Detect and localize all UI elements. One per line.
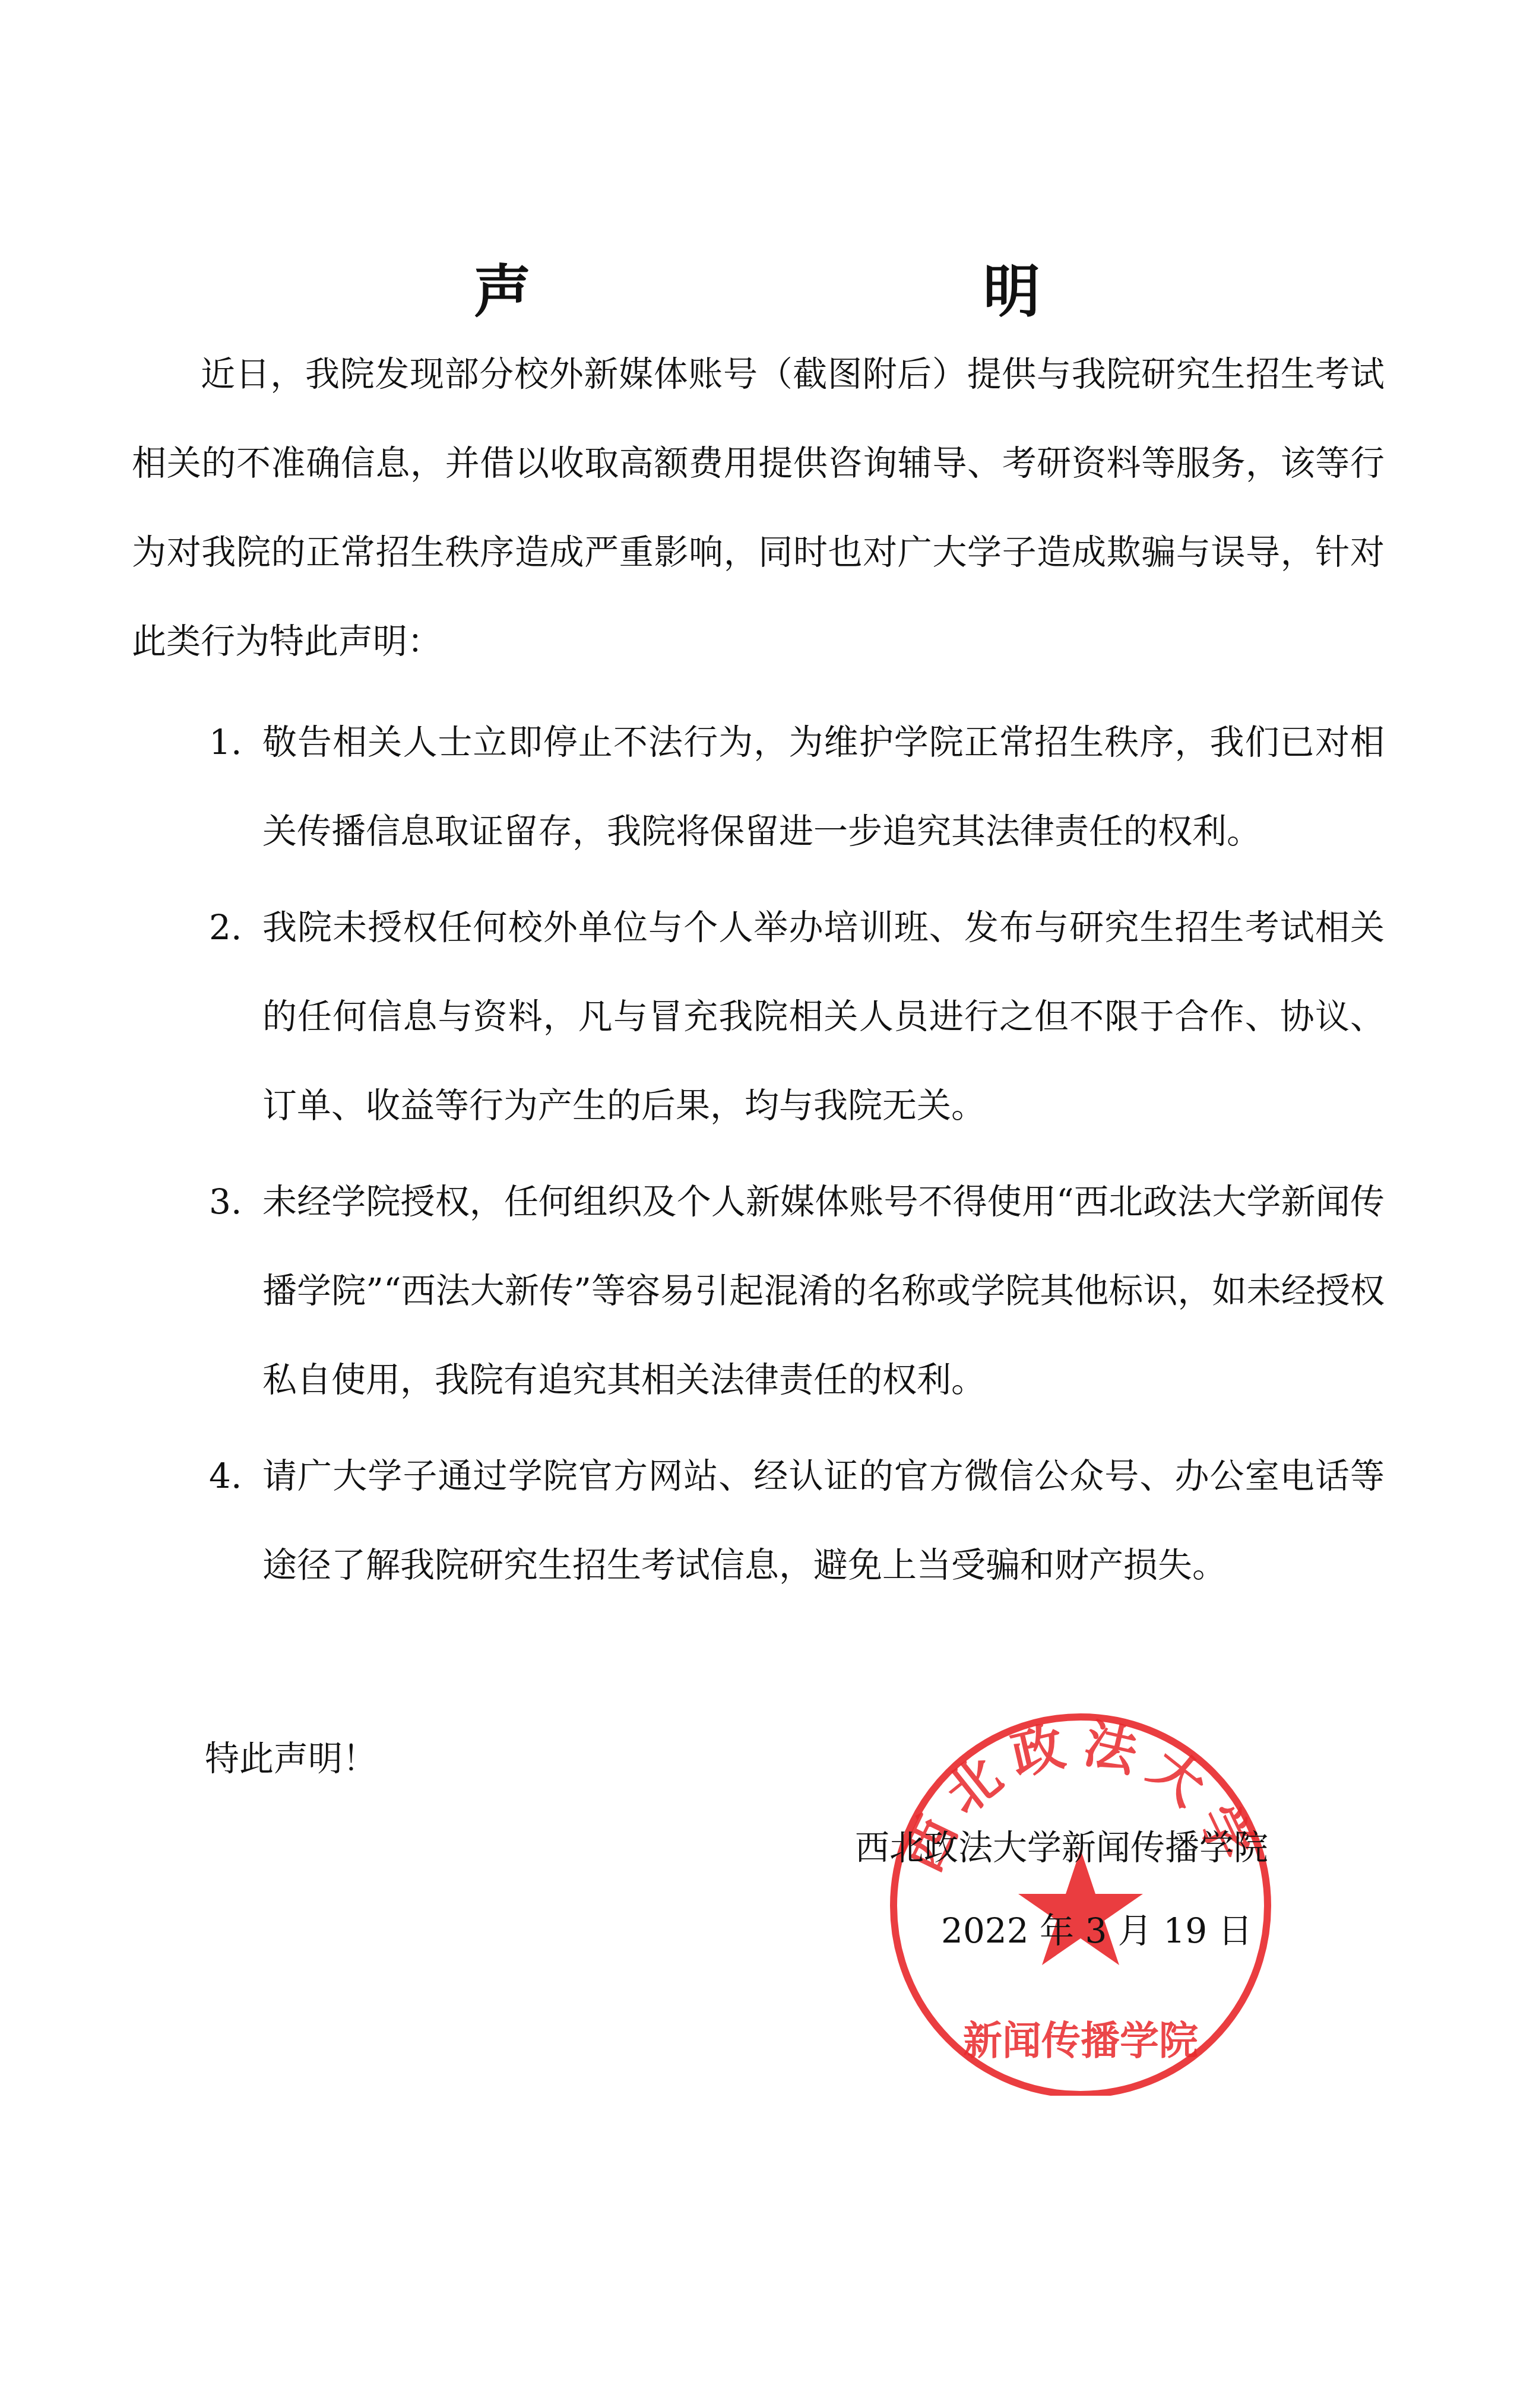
seal-bottom-text: 新闻传播学院	[963, 2018, 1198, 2064]
list-item: 3. 未经学院授权，任何组织及个人新媒体账号不得使用“西北政法大学新闻传播学院”…	[132, 1157, 1385, 1424]
signature-date: 2022 年 3 月 19 日	[941, 1903, 1253, 1953]
closing-line: 特此声明！	[205, 1731, 377, 1780]
statement-list: 1. 敬告相关人士立即停止不法行为，为维护学院正常招生秩序，我们已对相关传播信息…	[132, 698, 1385, 1609]
item-number: 3.	[209, 1157, 242, 1246]
item-number: 2.	[209, 883, 242, 972]
document-title: 声 明	[0, 246, 1514, 328]
list-item: 4. 请广大学子通过学院官方网站、经认证的官方微信公众号、办公室电话等途径了解我…	[132, 1431, 1385, 1609]
item-text: 未经学院授权，任何组织及个人新媒体账号不得使用“西北政法大学新闻传播学院”“西法…	[262, 1181, 1385, 1400]
item-number: 1.	[209, 698, 242, 787]
intro-paragraph: 近日，我院发现部分校外新媒体账号（截图附后）提供与我院研究生招生考试相关的不准确…	[132, 329, 1385, 686]
list-item: 2. 我院未授权任何校外单位与个人举办培训班、发布与研究生招生考试相关的任何信息…	[132, 883, 1385, 1150]
item-text: 敬告相关人士立即停止不法行为，为维护学院正常招生秩序，我们已对相关传播信息取证留…	[262, 722, 1385, 851]
list-item: 1. 敬告相关人士立即停止不法行为，为维护学院正常招生秩序，我们已对相关传播信息…	[132, 698, 1385, 876]
signature-organization: 西北政法大学新闻传播学院	[855, 1820, 1268, 1870]
item-number: 4.	[209, 1431, 242, 1520]
item-text: 我院未授权任何校外单位与个人举办培训班、发布与研究生招生考试相关的任何信息与资料…	[262, 907, 1385, 1126]
item-text: 请广大学子通过学院官方网站、经认证的官方微信公众号、办公室电话等途径了解我院研究…	[262, 1456, 1385, 1585]
